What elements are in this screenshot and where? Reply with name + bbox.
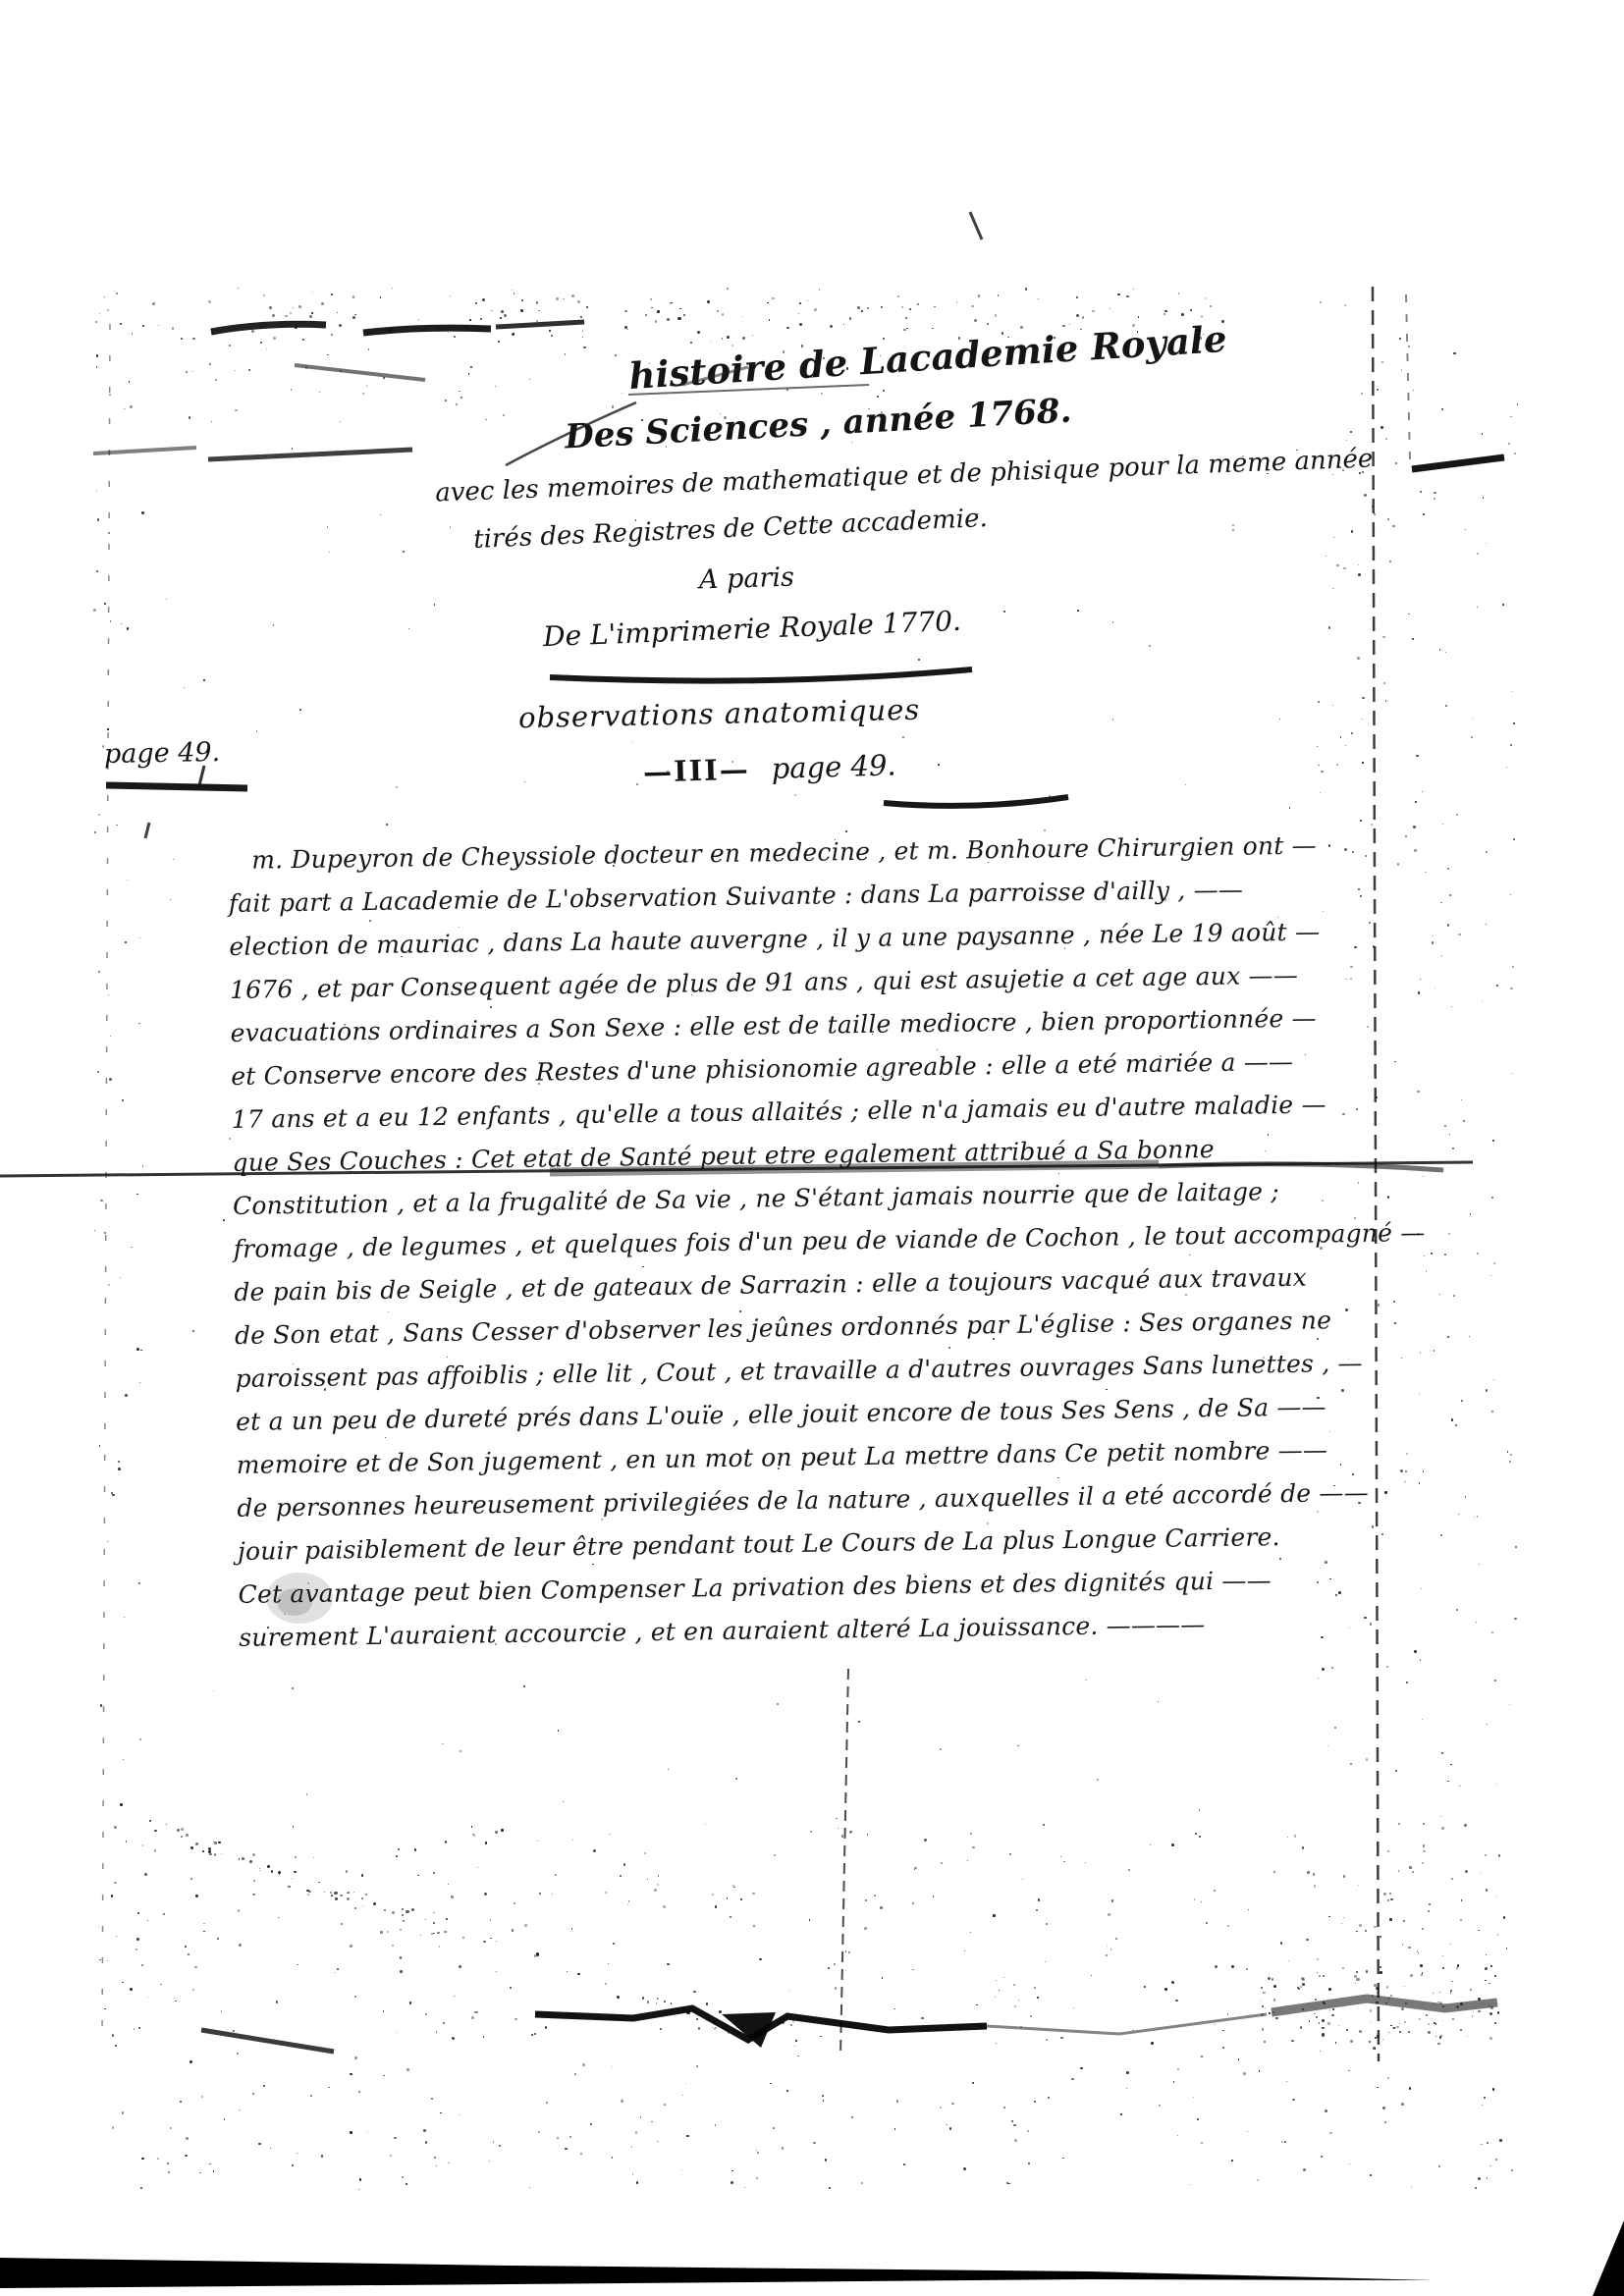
stray-comma-mark [145, 823, 149, 838]
bottom-crease-tail [987, 2014, 1267, 2034]
top-edge-smear [363, 328, 491, 333]
chapter-page-underline [884, 797, 1068, 806]
stray-apostrophe-mark [199, 766, 204, 785]
manuscript-subtitle-line2: tirés des Registres de Cette accademie. [473, 504, 989, 555]
scanned-manuscript-page: histoire de Lacademie Royale Des Science… [0, 0, 1624, 2296]
chapter-heading: —III—page 49. [643, 748, 896, 788]
imprint-underline [550, 669, 972, 681]
top-left-smudge [295, 365, 425, 380]
section-heading: observations anatomiques [518, 693, 921, 735]
imprint-place: A paris [699, 562, 795, 596]
manuscript-body: m. Dupeyron de Cheyssiole docteur en med… [228, 829, 1431, 1667]
manuscript-title-line1: histoire de Lacademie Royale [627, 317, 1227, 398]
margin-page-underline [106, 785, 247, 788]
bottom-crease-zigzag [535, 2008, 987, 2040]
left-margin-smear [93, 448, 196, 454]
left-paper-edge [102, 324, 110, 2042]
chapter-page-ref: page 49. [771, 748, 896, 785]
vertical-center-fold [840, 1669, 848, 2056]
bottom-right-crease [1272, 1999, 1497, 2012]
subtitle-trailing-dash [1412, 457, 1504, 469]
top-edge-smear [496, 322, 584, 327]
left-margin-smear [208, 450, 412, 459]
bottom-left-crease [201, 2030, 334, 2052]
stray-tick-mark [970, 212, 982, 240]
bottom-crease-knot [722, 2012, 776, 2048]
scanner-edge-bar [0, 2258, 1434, 2288]
scanner-corner-triangle [1593, 2220, 1624, 2296]
margin-page-note: page 49. [104, 737, 221, 770]
right-paper-edge-fragment [1406, 294, 1410, 461]
manuscript-title-line2: Des Sciences , année 1768. [564, 392, 1072, 457]
top-edge-smear [211, 324, 326, 332]
imprint-line: De L'imprimerie Royale 1770. [543, 605, 962, 653]
chapter-number: —III— [643, 753, 751, 789]
